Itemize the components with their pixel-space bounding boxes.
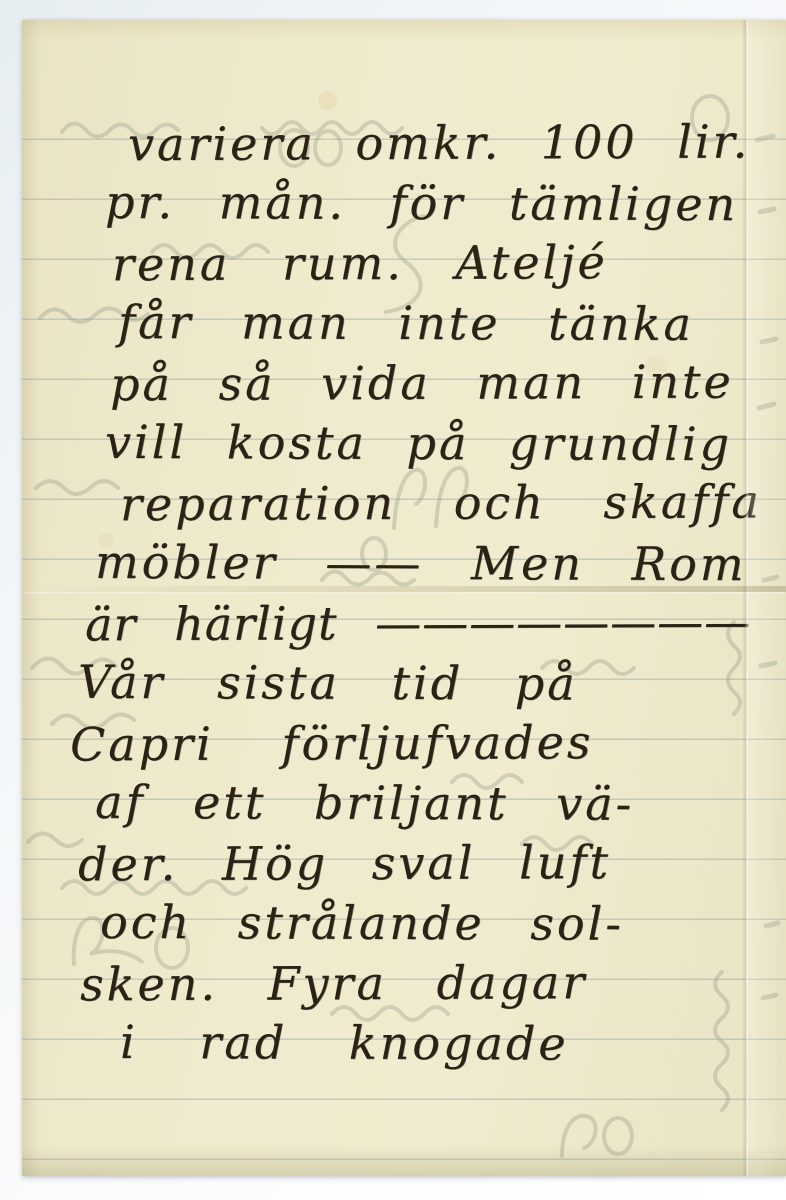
handwriting-line-15: sken. Fyra dagar	[22, 951, 786, 1014]
handwriting-line-7: reparation och skaffa	[22, 471, 786, 534]
fold-right-panel	[750, 20, 786, 1176]
handwriting-line-10: Vår sista tid på	[22, 652, 786, 715]
handwriting-line-16: i rad knogade	[22, 1012, 786, 1075]
handwriting-line-2: pr. mån. för tämligen	[22, 172, 786, 235]
handwriting-line-3: rena rum. Ateljé	[22, 231, 786, 294]
vertical-fold-crease	[742, 20, 750, 1176]
handwriting-line-8: möbler —— Men Rom	[22, 532, 786, 595]
horizontal-fold-crease	[22, 586, 786, 592]
letter-page: variera omkr. 100 lir. pr. mån. för täml…	[22, 20, 786, 1176]
handwriting-line-1: variera omkr. 100 lir.	[22, 111, 786, 174]
handwriting-line-12: af ett briljant vä-	[22, 772, 786, 835]
handwriting-line-4: får man inte tänka	[22, 292, 786, 355]
handwriting-line-13: der. Hög sval luft	[22, 831, 786, 894]
handwriting-line-9: är härligt ————————	[22, 591, 786, 654]
handwriting-line-11: Capri förljufvades	[22, 711, 786, 774]
handwriting-line-14: och strålande sol-	[22, 892, 786, 955]
handwriting-line-5: på så vida man inte	[22, 351, 786, 414]
handwriting-line-6: vill kosta på grundlig	[22, 412, 786, 475]
handwriting-text: variera omkr. 100 lir. pr. mån. för täml…	[22, 113, 786, 1073]
